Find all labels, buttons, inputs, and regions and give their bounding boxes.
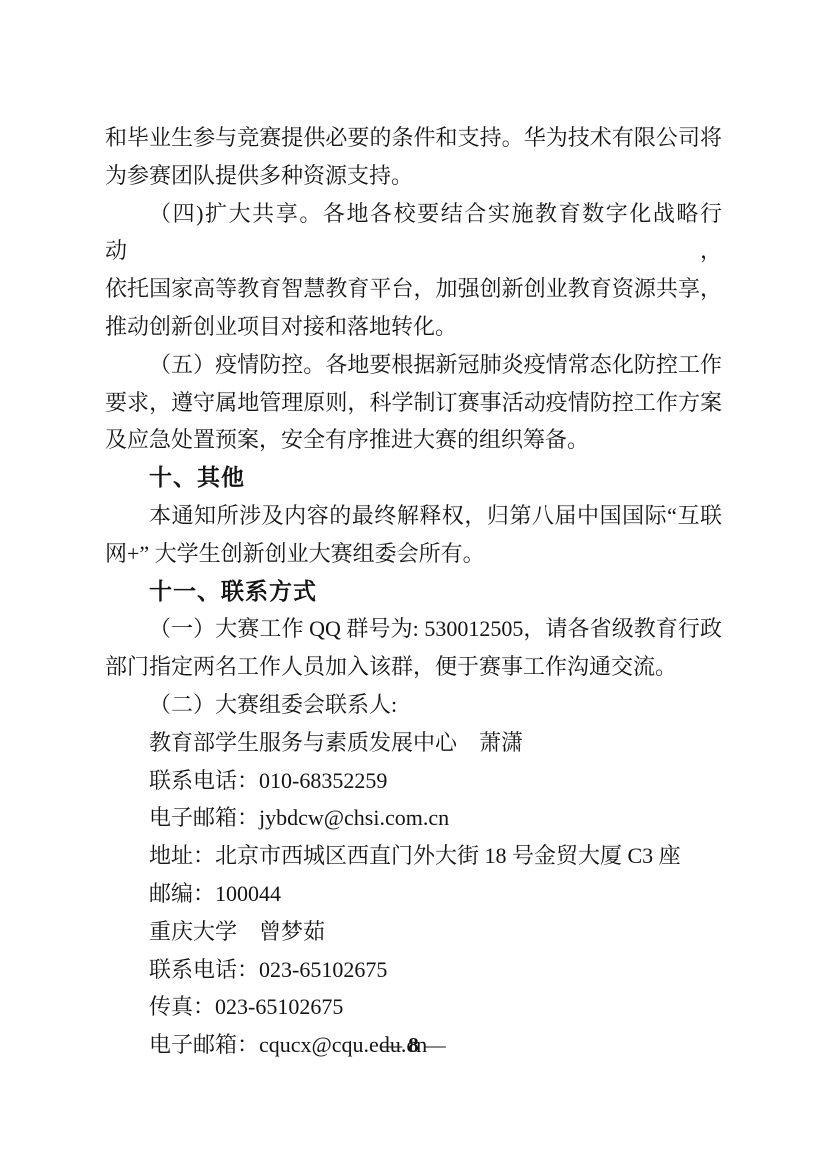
contact-line: 联系电话：023-65102675 (105, 951, 722, 989)
body-line: （五）疫情防控。各地要根据新冠肺炎疫情常态化防控工作 (105, 346, 722, 384)
body-line: （四)扩大共享。各地各校要结合实施教育数字化战略行动， (105, 195, 722, 271)
section-heading-contact: 十一、联系方式 (105, 573, 722, 611)
contact-line: 教育部学生服务与素质发展中心 萧潇 (105, 724, 722, 762)
contact-line: 传真：023-65102675 (105, 988, 722, 1026)
body-line: 本通知所涉及内容的最终解释权，归第八届中国国际“互联 (105, 497, 722, 535)
contact-line: 联系电话：010-68352259 (105, 762, 722, 800)
body-line: 推动创新创业项目对接和落地转化。 (105, 308, 722, 346)
body-line: 网+” 大学生创新创业大赛组委会所有。 (105, 535, 722, 573)
body-line: 依托国家高等教育智慧教育平台，加强创新创业教育资源共享， (105, 270, 722, 308)
body-line: 部门指定两名工作人员加入该群，便于赛事工作沟通交流。 (105, 648, 722, 686)
body-line: （一）大赛工作 QQ 群号为: 530012505，请各省级教育行政 (105, 610, 722, 648)
section-heading-other: 十、其他 (105, 459, 722, 497)
body-line: 要求，遵守属地管理原则，科学制订赛事活动疫情防控工作方案 (105, 384, 722, 422)
contact-line: 电子邮箱：jybdcw@chsi.com.cn (105, 799, 722, 837)
contact-line: 重庆大学 曾梦茹 (105, 913, 722, 951)
page-footer: —8— (0, 1030, 827, 1060)
body-line: （二）大赛组委会联系人: (105, 686, 722, 724)
body-line: 及应急处置预案，安全有序推进大赛的组织筹备。 (105, 421, 722, 459)
document-page: 和毕业生参与竞赛提供必要的条件和支持。华为技术有限公司将 为参赛团队提供多种资源… (0, 0, 827, 1170)
contact-line: 地址：北京市西城区西直门外大街 18 号金贸大厦 C3 座 (105, 837, 722, 875)
footer-dash-left: — (375, 1033, 408, 1057)
footer-dash-right: — (419, 1033, 452, 1057)
body-line: 和毕业生参与竞赛提供必要的条件和支持。华为技术有限公司将 (105, 119, 722, 157)
document-body: 和毕业生参与竞赛提供必要的条件和支持。华为技术有限公司将 为参赛团队提供多种资源… (105, 119, 722, 1064)
body-line: 为参赛团队提供多种资源支持。 (105, 157, 722, 195)
contact-line: 邮编：100044 (105, 875, 722, 913)
page-number: 8 (408, 1033, 419, 1057)
